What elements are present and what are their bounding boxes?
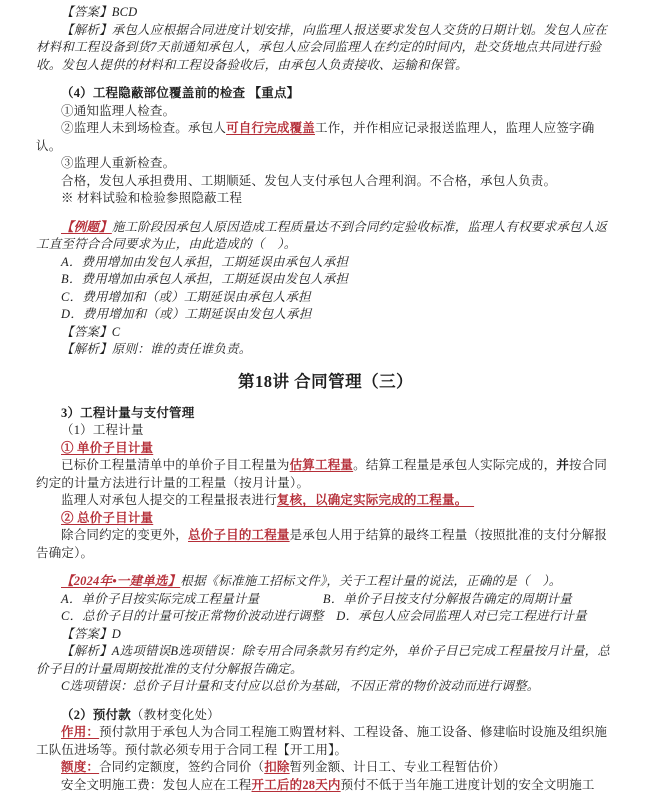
highlighted-text: 开工后的28天内 [252, 778, 341, 792]
text-line: 告确定）。 [36, 545, 615, 563]
paragraph-spacer [36, 394, 615, 405]
text-run [259, 592, 323, 606]
text-run: 。结算工程量是承包人实际完成的， [353, 458, 556, 472]
text-run: B．费用增加由承包人承担，工期延误由发包人承担 [61, 272, 348, 286]
text-run: C．费用增加和（或）工期延误由承包人承担 [61, 290, 311, 304]
highlighted-text: 【例题】 [61, 220, 112, 234]
text-line: 工队伍进场等。预付款必须专用于合同工程【开工用】。 [36, 742, 615, 760]
text-line: 收。发包人提供的材料和工程设备验收后，由承包人负责接收、运输和保管。 [36, 57, 615, 75]
document-body: 【答案】BCD【解析】承包人应根据合同进度计划安排，向监理人报送要求发包人交货的… [36, 4, 615, 793]
text-run: ①通知监理人检查。 [61, 104, 175, 118]
text-run: 合同约定额度，签约合同价（ [99, 760, 264, 774]
text-run: 暂列金额、计日工、专业工程暂估价） [290, 760, 506, 774]
text-run: 3）工程计量与支付管理 [61, 406, 194, 420]
text-line: ③监理人重新检查。 [36, 155, 615, 173]
text-line: ※ 材料试验和检验参照隐蔽工程 [36, 190, 615, 208]
text-line: A．单价子目按实际完成工程量计量 B．单价子目按支付分解报告确定的周期计量 [36, 591, 615, 609]
text-run: 根据《标准施工招标文件》，关于工程计量的说法，正确的是（ ）。 [180, 574, 561, 588]
text-run: 工作，并作相应记录报送监理人，监理人应签字确 [315, 121, 594, 135]
text-run: ②监理人未到场检查。承包人 [61, 121, 226, 135]
text-line: 【解析】承包人应根据合同进度计划安排，向监理人报送要求发包人交货的日期计划。发包… [36, 22, 615, 40]
text-line: 作用：预付款用于承包人为合同工程施工购置材料、工程设备、施工设备、修建临时设施及… [36, 724, 615, 742]
text-line: B．费用增加由承包人承担，工期延误由发包人承担 [36, 271, 615, 289]
paragraph-spacer [36, 696, 615, 707]
highlighted-text: 【2024年•一建单选】 [61, 574, 180, 588]
text-run: ※ 材料试验和检验参照隐蔽工程 [61, 191, 242, 205]
text-run: C．总价子目的计量可按正常物价波动进行调整 D．承包人应会同监理人对已完工程进行… [61, 609, 587, 623]
highlighted-text: ② 总价子目计量 [61, 511, 153, 525]
paragraph-spacer [36, 208, 615, 219]
text-run: 【解析】原则：谁的责任谁负责。 [61, 342, 252, 356]
text-line: 约定的计量方法进行计量的工程量（按月计量）。 [36, 475, 615, 493]
text-run: 约定的计量方法进行计量的工程量（按月计量）。 [36, 476, 309, 490]
text-run: 已标价工程量清单中的单价子目工程量为 [61, 458, 290, 472]
text-line: 工直至符合合同要求为止，由此造成的（ ）。 [36, 236, 615, 254]
paragraph-spacer [36, 562, 615, 573]
text-run: 并 [556, 458, 569, 472]
text-run: 第18讲 合同管理（三） [238, 372, 413, 391]
text-line: （4）工程隐蔽部位覆盖前的检查 【重点】 [36, 85, 615, 103]
text-run: 工队伍进场等。预付款必须专用于合同工程【开工用】。 [36, 743, 347, 757]
text-line: C选项错误：总价子目计量和支付应以总价为基础，不因正常的物价波动而进行调整。 [36, 678, 615, 696]
text-run: B．单价子目按支付分解报告确定的周期计量 [323, 592, 572, 606]
text-run: 除合同约定的变更外， [61, 528, 188, 542]
text-line: ①通知监理人检查。 [36, 103, 615, 121]
text-line: 【解析】原则：谁的责任谁负责。 [36, 341, 615, 359]
highlighted-text: 扣除 [264, 760, 289, 774]
text-run: 安全文明施工费：发包人应在工程 [61, 778, 252, 792]
text-line: 额度：合同约定额度，签约合同价（扣除暂列金额、计日工、专业工程暂估价） [36, 759, 615, 777]
text-run: 是承包人用于结算的最终工程量（按照批准的支付分解报 [290, 528, 608, 542]
highlighted-text: 复核，以确定实际完成的工程量。 [277, 493, 474, 507]
text-line: 安全文明施工费：发包人应在工程开工后的28天内预付不低于当年施工进度计划的安全文… [36, 777, 615, 793]
text-run: 预付不低于当年施工进度计划的安全文明施工 [341, 778, 595, 792]
highlighted-text: 额度： [61, 760, 99, 774]
text-line: A．费用增加由发包人承担，工期延误由承包人承担 [36, 254, 615, 272]
text-line: ②监理人未到场检查。承包人可自行完成覆盖工作，并作相应记录报送监理人，监理人应签… [36, 120, 615, 138]
text-run: 材料和工程设备到货7天前通知承包人，承包人应会同监理人在约定的时间内，赴交货地点… [36, 40, 601, 54]
text-run: C选项错误：总价子目计量和支付应以总价为基础，不因正常的物价波动而进行调整。 [61, 679, 539, 693]
text-run: 收。发包人提供的材料和工程设备验收后，由承包人负责接收、运输和保管。 [36, 58, 468, 72]
text-line: 已标价工程量清单中的单价子目工程量为估算工程量。结算工程量是承包人实际完成的，并… [36, 457, 615, 475]
text-line: 认。 [36, 138, 615, 156]
text-line: （2）预付款（教材变化处） [36, 707, 615, 725]
text-line: 【答案】C [36, 324, 615, 342]
text-line: 【解析】A选项错误B选项错误：除专用合同条款另有约定外，单价子目已完成工程量按月… [36, 643, 615, 661]
text-run: 【答案】BCD [61, 5, 137, 19]
paragraph-spacer [36, 74, 615, 85]
text-line: C．总价子目的计量可按正常物价波动进行调整 D．承包人应会同监理人对已完工程进行… [36, 608, 615, 626]
text-run: （1）工程计量 [61, 423, 144, 437]
text-run: 认。 [36, 139, 61, 153]
text-line: 【2024年•一建单选】根据《标准施工招标文件》，关于工程计量的说法，正确的是（… [36, 573, 615, 591]
text-line: D．费用增加和（或）工期延误由发包人承担 [36, 306, 615, 324]
highlighted-text: 估算工程量 [290, 458, 354, 472]
document-page: 【答案】BCD【解析】承包人应根据合同进度计划安排，向监理人报送要求发包人交货的… [0, 0, 647, 793]
highlighted-text: 总价子目的工程量 [188, 528, 290, 542]
text-run: 价子目的计量周期按批准的支付分解报告确定。 [36, 662, 303, 676]
text-run: A．单价子目按实际完成工程量计量 [61, 592, 259, 606]
text-run: 合格，发包人承担费用、工期顺延、发包人支付承包人合理利润。不合格，承包人负责。 [61, 174, 556, 188]
text-run: 工直至符合合同要求为止，由此造成的（ ）。 [36, 237, 296, 251]
text-line: 价子目的计量周期按批准的支付分解报告确定。 [36, 661, 615, 679]
text-run: 【解析】A选项错误B选项错误：除专用合同条款另有约定外，单价子目已完成工程量按月… [61, 644, 610, 658]
text-line: ② 总价子目计量 [36, 510, 615, 528]
text-run: 告确定）。 [36, 546, 93, 560]
text-run: （4）工程隐蔽部位覆盖前的检查 【重点】 [61, 86, 299, 100]
text-run: 【答案】D [61, 627, 121, 641]
text-line: 【答案】D [36, 626, 615, 644]
highlighted-text: ① 单价子目计量 [61, 441, 153, 455]
text-run: A．费用增加由发包人承担，工期延误由承包人承担 [61, 255, 348, 269]
text-line: 材料和工程设备到货7天前通知承包人，承包人应会同监理人在约定的时间内，赴交货地点… [36, 39, 615, 57]
text-line: 除合同约定的变更外，总价子目的工程量是承包人用于结算的最终工程量（按照批准的支付… [36, 527, 615, 545]
text-run: 施工阶段因承包人原因造成工程质量达不到合同约定验收标准，监理人有权要求承包人返 [112, 220, 607, 234]
text-run: 【解析】承包人应根据合同进度计划安排，向监理人报送要求发包人交货的日期计划。发包… [61, 23, 607, 37]
lecture-heading: 第18讲 合同管理（三） [36, 370, 615, 394]
text-line: 3）工程计量与支付管理 [36, 405, 615, 423]
text-run: D．费用增加和（或）工期延误由发包人承担 [61, 307, 312, 321]
text-line: 【答案】BCD [36, 4, 615, 22]
text-line: C．费用增加和（或）工期延误由承包人承担 [36, 289, 615, 307]
text-run: 预付款用于承包人为合同工程施工购置材料、工程设备、施工设备、修建临时设施及组织施 [99, 725, 607, 739]
highlighted-text: 作用： [61, 725, 99, 739]
text-line: （1）工程计量 [36, 422, 615, 440]
text-line: 【例题】施工阶段因承包人原因造成工程质量达不到合同约定验收标准，监理人有权要求承… [36, 219, 615, 237]
text-run: （2）预付款 [61, 708, 131, 722]
highlighted-text: 可自行完成覆盖 [226, 121, 315, 135]
text-run: （教材变化处） [131, 708, 220, 722]
text-run: 按合同 [569, 458, 607, 472]
text-run: ③监理人重新检查。 [61, 156, 175, 170]
text-line: ① 单价子目计量 [36, 440, 615, 458]
text-run: 【答案】C [61, 325, 120, 339]
paragraph-spacer [36, 359, 615, 370]
text-line: 监理人对承包人提交的工程量报表进行复核，以确定实际完成的工程量。 [36, 492, 615, 510]
text-run: 监理人对承包人提交的工程量报表进行 [61, 493, 277, 507]
text-line: 合格，发包人承担费用、工期顺延、发包人支付承包人合理利润。不合格，承包人负责。 [36, 173, 615, 191]
